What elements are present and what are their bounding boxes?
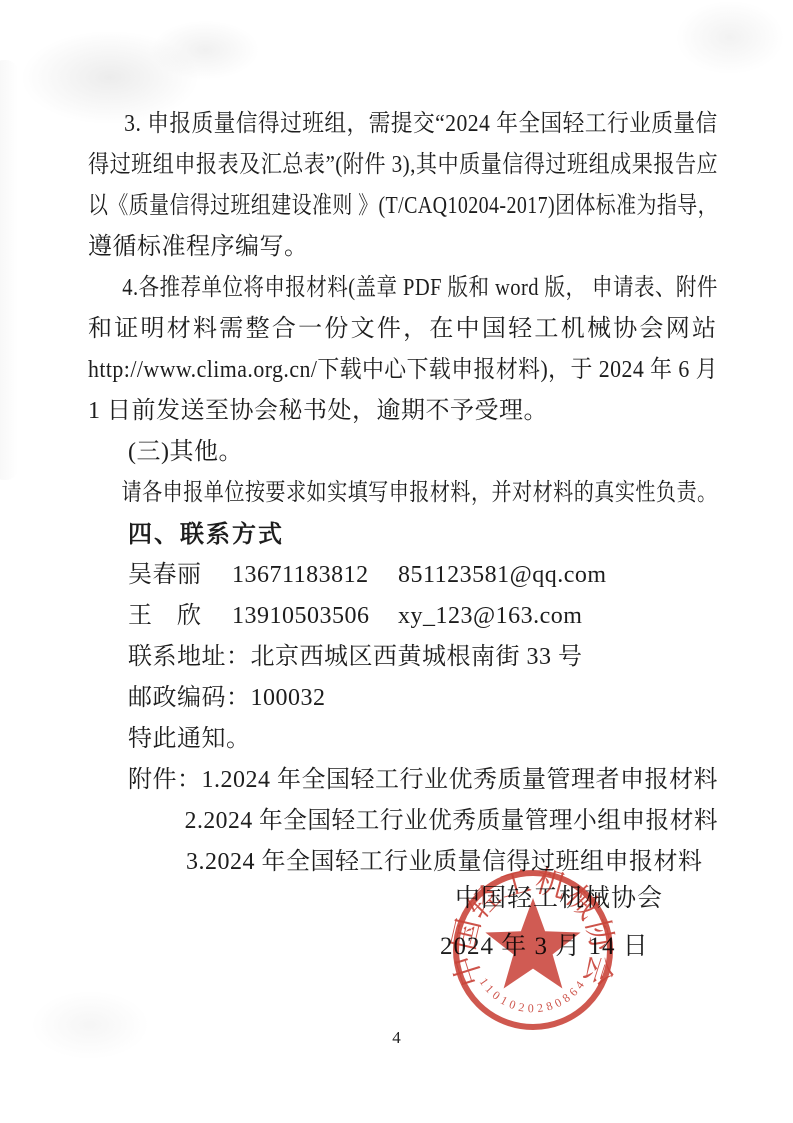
text-line: 四、联系方式 (88, 514, 718, 555)
seal-star-icon (485, 898, 580, 989)
contact-name: 王 欣 (128, 596, 232, 637)
scan-smudge (0, 60, 18, 480)
text-line: 3. 申报质量信得过班组，需提交“2024 年全国轻工行业质量信 (88, 104, 657, 145)
contact-email: xy_123@163.com (398, 596, 582, 637)
scan-smudge (150, 20, 260, 80)
text-line: (三)其他。 (88, 432, 718, 473)
contact-email: 851123581@qq.com (398, 555, 607, 596)
text-line: 遵循标准程序编写。 (88, 227, 718, 268)
contact-phone: 13910503506 (232, 596, 398, 637)
scan-smudge (675, 0, 785, 75)
text-line: 请各申报单位按要求如实填写申报材料，并对材料的真实性负责。 (88, 473, 616, 514)
text-line: 以《质量信得过班组建设准则 》(T/CAQ10204-2017)团体标准为指导， (88, 186, 612, 227)
document-page: 3. 申报质量信得过班组，需提交“2024 年全国轻工行业质量信得过班组申报表及… (0, 0, 793, 1123)
document-body: 3. 申报质量信得过班组，需提交“2024 年全国轻工行业质量信得过班组申报表及… (88, 104, 718, 883)
text-line: 4.各推荐单位将申报材料(盖章 PDF 版和 word 版， 申请表、附件 (88, 268, 627, 309)
contact-row: 吴春丽13671183812851123581@qq.com (88, 555, 718, 596)
contact-row: 王 欣13910503506xy_123@163.com (88, 596, 718, 637)
text-line: 和证明材料需整合一份文件，在中国轻工机械协会网站 (88, 309, 718, 350)
scan-smudge (30, 990, 150, 1060)
seal-code: 1101020280864 (477, 975, 590, 1015)
page-number: 4 (0, 1028, 793, 1048)
attachment-item: 1.2024 年全国轻工行业优秀质量管理者申报材料 (202, 767, 719, 793)
text-line: http://www.clima.org.cn/下载中心下载申报材料)，于 20… (88, 350, 662, 391)
text-line: 1 日前发送至协会秘书处，逾期不予受理。 (88, 391, 718, 432)
attachments-label: 附件： (128, 760, 202, 801)
contact-phone: 13671183812 (232, 555, 398, 596)
text-line: 得过班组申报表及汇总表”(附件 3),其中质量信得过班组成果报告应 (88, 145, 643, 186)
text-line: 联系地址：北京西城区西黄城根南街 33 号 (88, 637, 718, 678)
attachments-line: 附件：1.2024 年全国轻工行业优秀质量管理者申报材料 (88, 760, 718, 801)
text-line: 邮政编码：100032 (88, 678, 718, 719)
text-line: 特此通知。 (88, 719, 718, 760)
contact-name: 吴春丽 (128, 555, 232, 596)
